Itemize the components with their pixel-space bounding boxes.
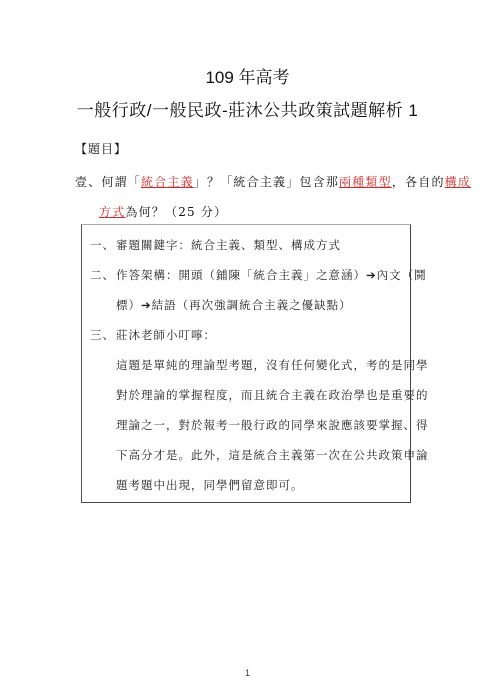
question-line-1: 壹、何謂「統合主義」？「統合主義」包含那兩種類型，各自的構成 xyxy=(75,173,471,190)
item-text: 這題是單純的理論型考題，沒有任何變化式，考的是同學 xyxy=(116,357,429,373)
keyword-highlight: 兩種類型 xyxy=(339,175,392,189)
item-text: 下高分才是。此外，這是統合主義第一次在公共政策申論 xyxy=(116,447,429,463)
item-number: 一、 xyxy=(90,237,115,253)
analysis-box: 一、 審題關鍵字：統合主義、類型、構成方式 二、 作答架構：開頭（鋪陳「統合主義… xyxy=(81,224,411,503)
item-text: 作答架構：開頭（鋪陳「統合主義」之意涵）➔內文（鬪 xyxy=(116,267,427,283)
keyword-highlight: 統合主義 xyxy=(141,175,194,189)
item-text: 理論之一，對於報考一般行政的同學來說應該要掌握、得 xyxy=(116,417,429,433)
document-title-subject: 一般行政/一般民政-莊沐公共政策試題解析 1 xyxy=(0,96,495,121)
item-text: 題考題中出現，同學們留意即可。 xyxy=(116,477,304,493)
item-text: 審題關鍵字：統合主義、類型、構成方式 xyxy=(116,237,341,253)
question-line-2: 方式為何？（25 分） xyxy=(99,203,227,220)
keyword-highlight: 構成 xyxy=(445,175,471,189)
question-text: ，各自的 xyxy=(392,175,445,189)
item-text: 對於理論的掌握程度，而且統合主義在政治學也是重要的 xyxy=(116,387,429,403)
keyword-highlight: 方式 xyxy=(99,205,125,219)
item-number: 二、 xyxy=(90,267,115,283)
item-text: 標）➔結語（再次強調統合主義之優缺點） xyxy=(116,297,352,313)
question-text: 為何？（25 分） xyxy=(125,205,227,219)
question-text: 壹、何謂「 xyxy=(75,175,141,189)
question-text: 」？「統合主義」包含那 xyxy=(194,175,339,189)
item-number: 三、 xyxy=(90,327,115,343)
item-text: 莊沐老師小叮嚀： xyxy=(116,327,216,343)
question-section-label: 【題目】 xyxy=(75,140,127,157)
document-title-year: 109 年高考 xyxy=(0,63,495,88)
page-number: 1 xyxy=(0,668,495,678)
